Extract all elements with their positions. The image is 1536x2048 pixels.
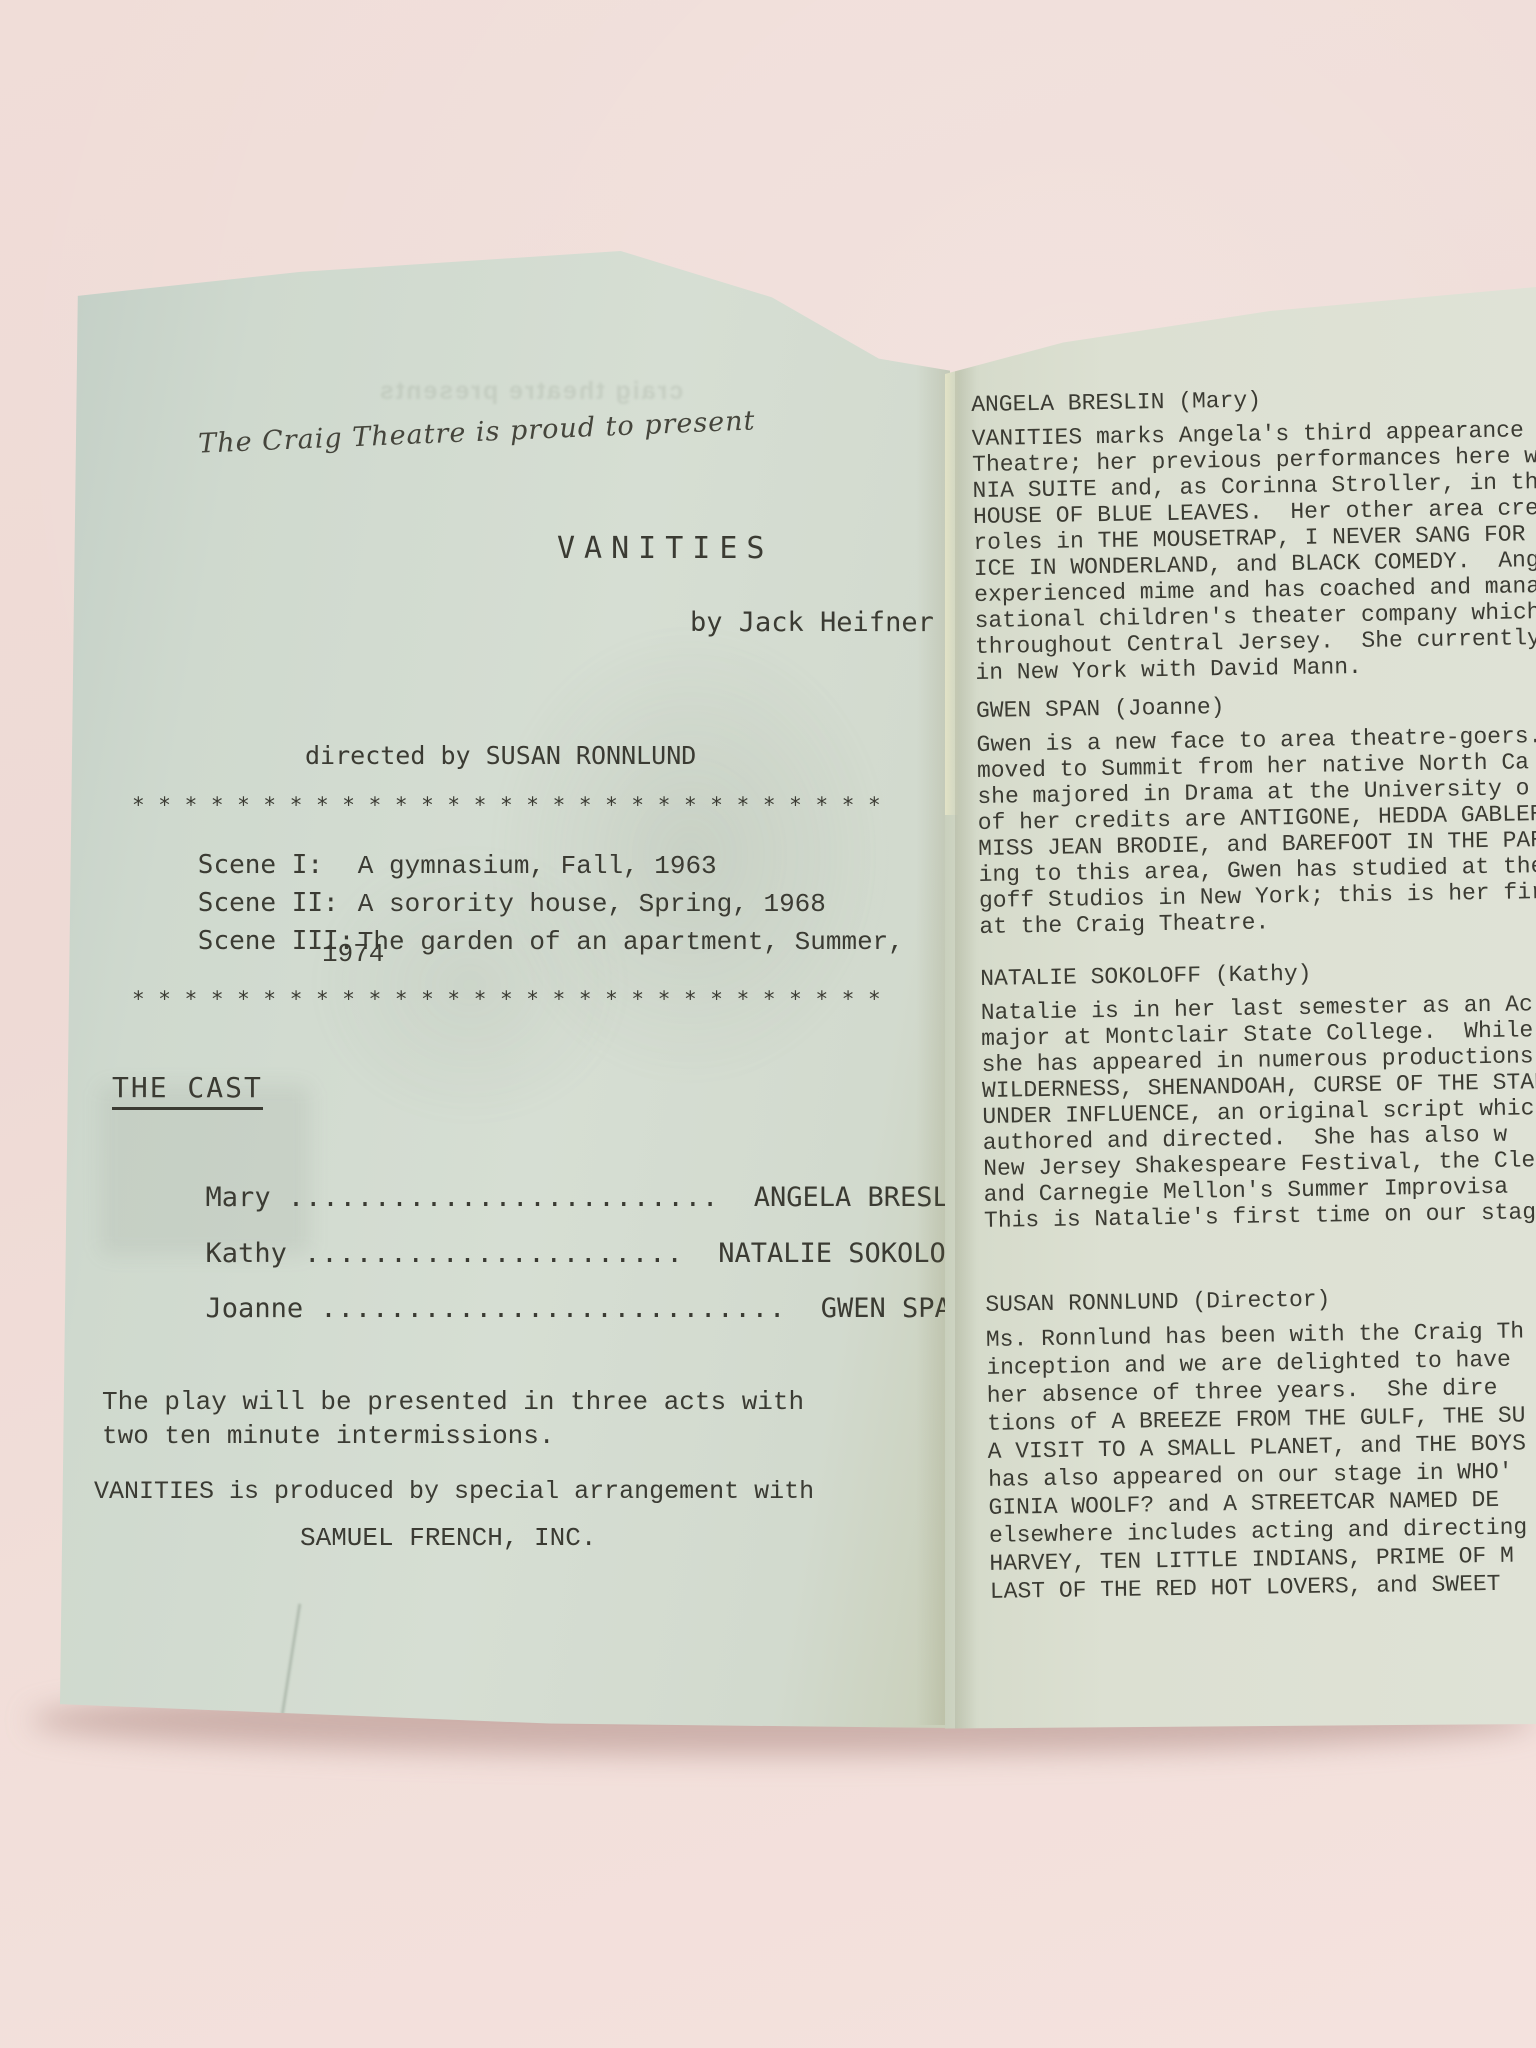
scene-3-description-continuation: 1974 bbox=[322, 939, 384, 969]
director-line: directed by SUSAN RONNLUND bbox=[305, 741, 696, 770]
bio-heading-gwen: GWEN SPAN (Joanne) bbox=[976, 694, 1225, 724]
bio-paragraph-natalie: Natalie is in her last semester as an Ac… bbox=[981, 991, 1536, 1234]
program-left-page: craig theatre presents The Craig Theatre… bbox=[60, 245, 950, 1740]
bio-paragraph-angela: VANITIES marks Angela's third appearance… bbox=[972, 416, 1536, 686]
bios-column: ANGELA BRESLIN (Mary) VANITIES marks Ang… bbox=[939, 235, 1536, 1746]
bio-paragraph-susan: Ms. Ronnlund has been with the Craig Th … bbox=[986, 1317, 1536, 1606]
bio-heading-natalie: NATALIE SOKOLOFF (Kathy) bbox=[980, 961, 1312, 992]
bio-paragraph-gwen: Gwen is a new face to area theatre-goers… bbox=[976, 723, 1536, 940]
showthrough-ghost-text: craig theatre presents bbox=[378, 377, 683, 406]
center-fold-shading bbox=[916, 350, 950, 1725]
play-title: VANITIES bbox=[557, 531, 774, 566]
bio-heading-angela: ANGELA BRESLIN (Mary) bbox=[971, 387, 1261, 418]
scene-3-row: Scene III:The garden of an apartment, Su… bbox=[140, 907, 904, 976]
arrangement-line-2: SAMUEL FRENCH, INC. bbox=[300, 1523, 596, 1553]
bio-heading-susan: SUSAN RONNLUND (Director) bbox=[985, 1287, 1330, 1318]
cast-dots: ........................... bbox=[303, 1293, 821, 1324]
program-photo: craig theatre presents The Craig Theatre… bbox=[0, 0, 1536, 2048]
cast-row-joanne: Joanne ........................... GWEN … bbox=[108, 1262, 983, 1355]
acts-note-line-2: two ten minute intermissions. bbox=[102, 1421, 554, 1451]
asterisk-divider-bottom: * * * * * * * * * * * * * * * * * * * * … bbox=[132, 987, 881, 1011]
acts-note-line-1: The play will be presented in three acts… bbox=[102, 1387, 804, 1417]
cast-role: Joanne bbox=[206, 1293, 304, 1324]
arrangement-line-1: VANITIES is produced by special arrangem… bbox=[94, 1477, 814, 1506]
cast-heading: THE CAST bbox=[112, 1071, 263, 1110]
scene-3-description: The garden of an apartment, Summer, bbox=[358, 927, 904, 957]
author-line: by Jack Heifner bbox=[690, 607, 934, 638]
presenter-line: The Craig Theatre is proud to present bbox=[198, 405, 756, 459]
program-right-page: ANGELA BRESLIN (Mary) VANITIES marks Ang… bbox=[945, 245, 1536, 1745]
asterisk-divider-top: * * * * * * * * * * * * * * * * * * * * … bbox=[132, 793, 881, 817]
